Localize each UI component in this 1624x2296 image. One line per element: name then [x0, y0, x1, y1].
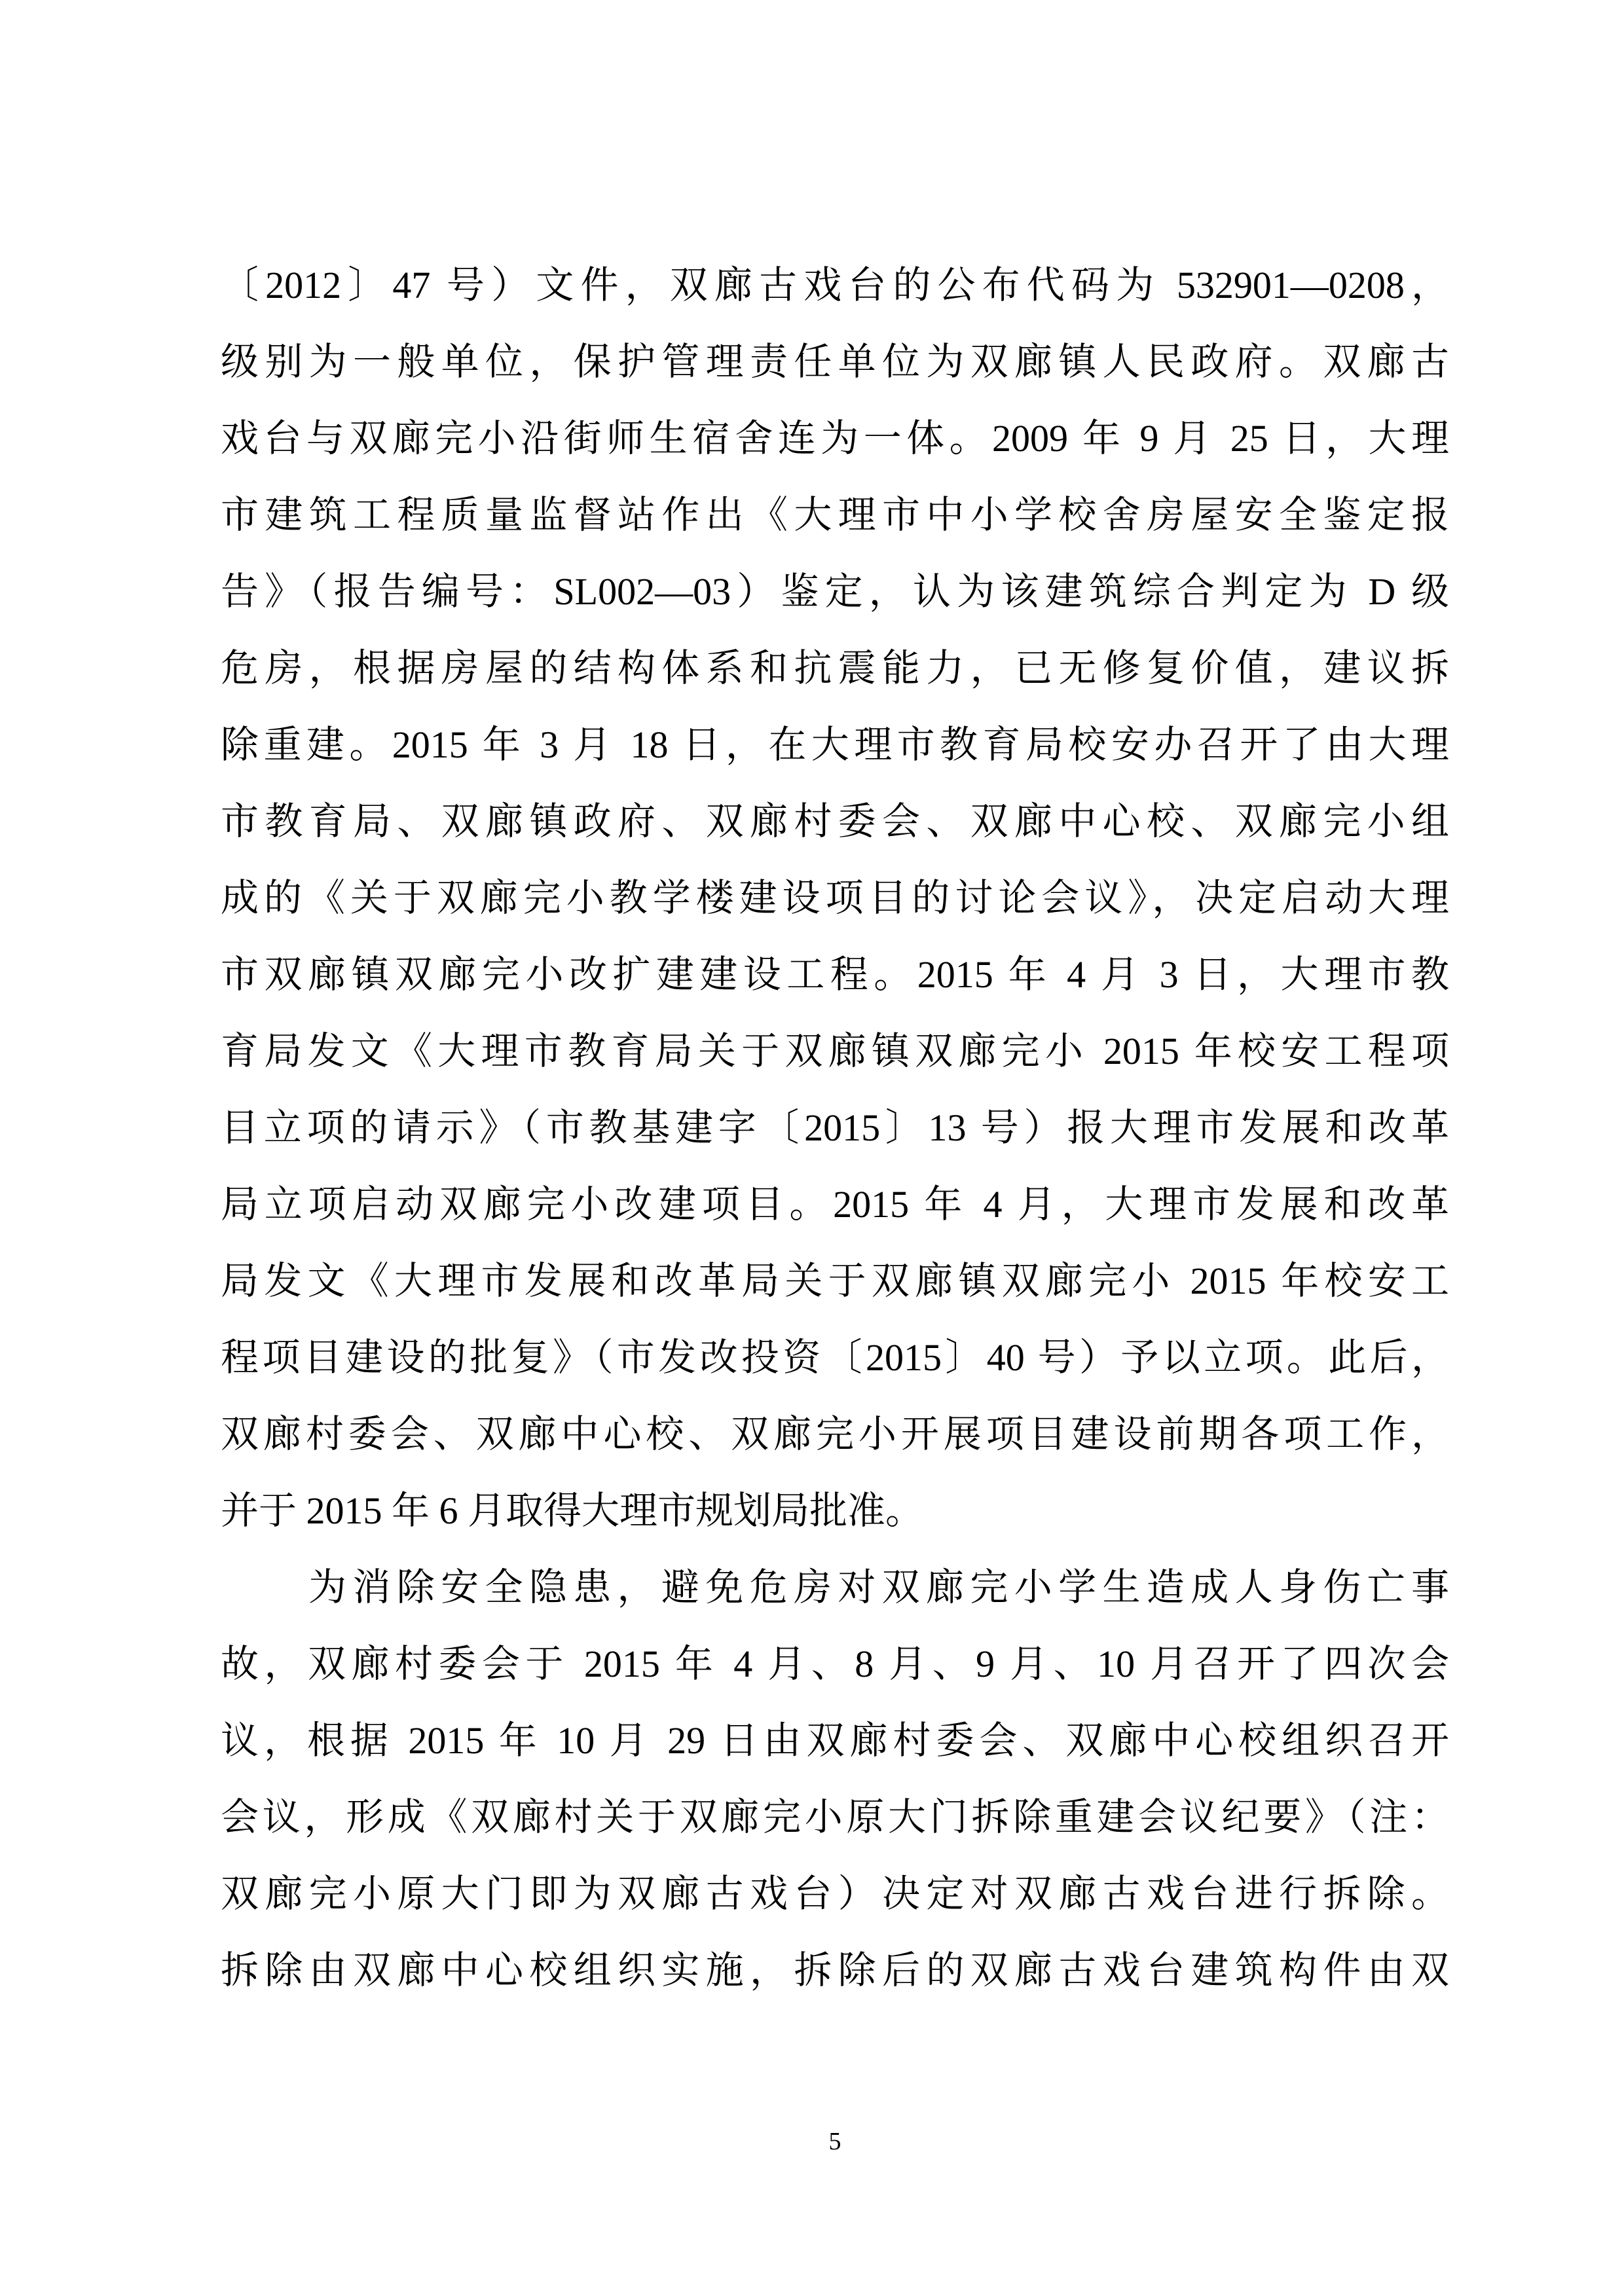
- text-line: 双廊村委会、双廊中心校、双廊完小开展项目建设前期各项工作，: [221, 1396, 1449, 1472]
- text-line: 目立项的请示》（市教基建字〔2015〕13 号）报大理市发展和改革: [221, 1089, 1449, 1166]
- text-line: 程项目建设的批复》（市发改投资〔2015〕40 号）予以立项。此后，: [221, 1319, 1449, 1396]
- text-line: 戏台与双廊完小沿街师生宿舍连为一体。2009 年 9 月 25 日，大理: [221, 400, 1449, 477]
- text-line: 级别为一般单位，保护管理责任单位为双廊镇人民政府。双廊古: [221, 323, 1449, 400]
- text-line: 育局发文《大理市教育局关于双廊镇双廊完小 2015 年校安工程项: [221, 1013, 1449, 1089]
- document-page: 〔2012〕47 号）文件，双廊古戏台的公布代码为 532901—0208，级别…: [0, 0, 1624, 2296]
- text-line: 局发文《大理市发展和改革局关于双廊镇双廊完小 2015 年校安工: [221, 1243, 1449, 1319]
- text-line: 议，根据 2015 年 10 月 29 日由双廊村委会、双廊中心校组织召开: [221, 1702, 1449, 1779]
- text-line: 并于 2015 年 6 月取得大理市规划局批准。: [221, 1472, 1449, 1549]
- text-line: 告》（报告编号：SL002—03）鉴定，认为该建筑综合判定为 D 级: [221, 553, 1449, 630]
- text-line: 局立项启动双廊完小改建项目。2015 年 4 月，大理市发展和改革: [221, 1166, 1449, 1243]
- text-line: 为消除安全隐患，避免危房对双廊完小学生造成人身伤亡事: [221, 1549, 1449, 1626]
- text-line: 除重建。2015 年 3 月 18 日，在大理市教育局校安办召开了由大理: [221, 706, 1449, 783]
- text-line: 危房，根据房屋的结构体系和抗震能力，已无修复价值，建议拆: [221, 630, 1449, 706]
- text-line: 市建筑工程质量监督站作出《大理市中小学校舍房屋安全鉴定报: [221, 477, 1449, 553]
- text-line: 拆除由双廊中心校组织实施，拆除后的双廊古戏台建筑构件由双: [221, 1932, 1449, 2009]
- text-line: 市教育局、双廊镇政府、双廊村委会、双廊中心校、双廊完小组: [221, 783, 1449, 860]
- page-number: 5: [221, 2126, 1449, 2157]
- text-line: 双廊完小原大门即为双廊古戏台）决定对双廊古戏台进行拆除。: [221, 1855, 1449, 1932]
- body-text: 〔2012〕47 号）文件，双廊古戏台的公布代码为 532901—0208，级别…: [221, 247, 1449, 2009]
- text-line: 市双廊镇双廊完小改扩建建设工程。2015 年 4 月 3 日，大理市教: [221, 936, 1449, 1013]
- text-line: 会议，形成《双廊村关于双廊完小原大门拆除重建会议纪要》（注：: [221, 1779, 1449, 1855]
- text-line: 成的《关于双廊完小教学楼建设项目的讨论会议》，决定启动大理: [221, 860, 1449, 936]
- text-line: 故，双廊村委会于 2015 年 4 月、8 月、9 月、10 月召开了四次会: [221, 1626, 1449, 1702]
- text-line: 〔2012〕47 号）文件，双廊古戏台的公布代码为 532901—0208，: [221, 247, 1449, 323]
